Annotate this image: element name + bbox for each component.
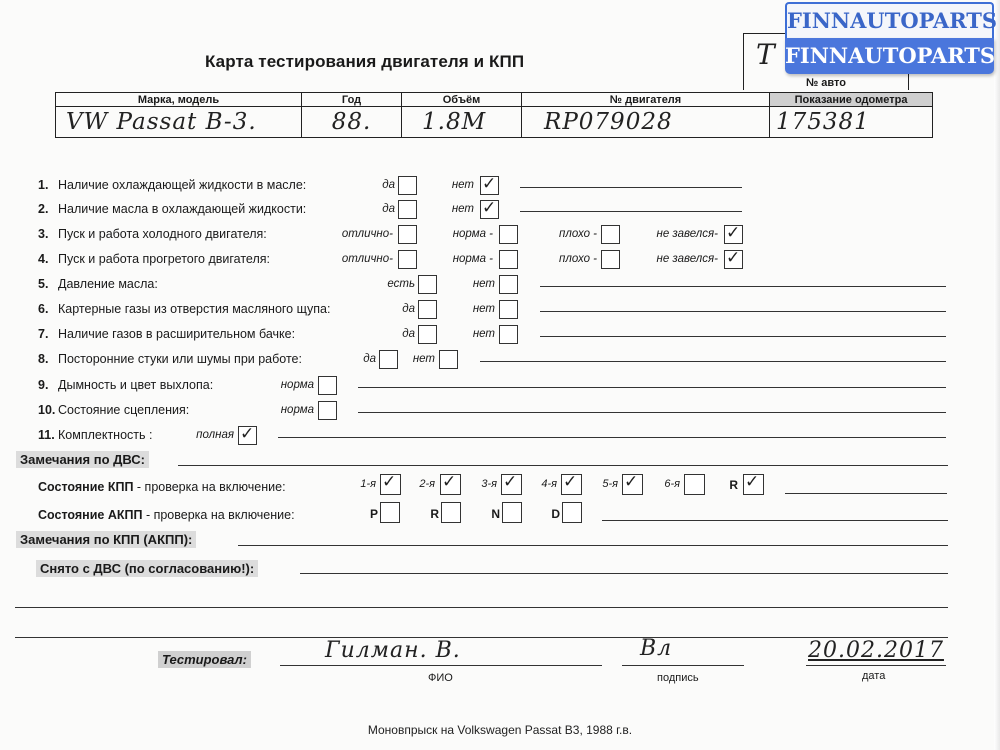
year-value[interactable]: 88. [302,107,402,138]
option-label: отлично- [342,253,393,265]
question-number: 7. [38,327,58,341]
col-odometer: Показание одометра [770,93,933,107]
question-label: Состояние сцепления: [58,403,189,417]
notes-line[interactable] [480,361,946,362]
option-checkbox[interactable] [418,300,437,319]
option-checkbox[interactable]: ✓ [480,200,499,219]
engine-number-value[interactable]: RP079028 [522,107,770,138]
tester-name-caption: ФИО [428,672,453,684]
tester-name-value[interactable]: Гилман. В. [325,638,461,663]
signature-line [622,665,744,666]
option-label: нет [473,328,495,340]
option-checkbox[interactable] [398,200,417,219]
question-label: Посторонние стуки или шумы при работе: [58,352,302,366]
check-mark-icon: ✓ [240,424,254,444]
question-text: 8.Посторонние стуки или шумы при работе: [38,352,302,366]
col-year: Год [302,93,402,107]
gearbox-remarks-line[interactable] [238,545,948,546]
question-label: Наличие газов в расширительном бачке: [58,327,295,341]
option-checkbox[interactable] [499,225,518,244]
check-mark-icon: ✓ [624,472,638,492]
gear-label: 6-я [664,478,680,490]
notes-line[interactable] [278,437,946,438]
test-date-value[interactable]: 20.02.2017 [808,638,944,663]
option-checkbox[interactable] [318,401,337,420]
question-text: 6.Картерные газы из отверстия масляного … [38,302,330,316]
tester-name-line [280,665,602,666]
notes-line[interactable] [540,311,946,312]
check-mark-icon: ✓ [745,472,759,492]
option-checkbox[interactable] [398,176,417,195]
gear-checkbox[interactable]: ✓ [380,474,401,495]
col-engine-number: № двигателя [522,93,770,107]
question-number: 2. [38,202,58,216]
option-checkbox[interactable] [601,225,620,244]
date-caption: дата [862,670,885,682]
gear-label: 5-я [602,478,618,490]
question-number: 9. [38,378,58,392]
form-title: Карта тестирования двигателя и КПП [205,52,524,72]
option-checkbox[interactable] [499,325,518,344]
auto-position-checkbox[interactable] [380,502,400,523]
manual-gearbox-label: Состояние КПП - проверка на включение: [38,480,286,494]
gear-checkbox[interactable]: ✓ [622,474,643,495]
option-checkbox[interactable]: ✓ [724,250,743,269]
question-label: Картерные газы из отверстия масляного щу… [58,302,330,316]
question-label: Дымность и цвет выхлопа: [58,378,213,392]
option-label: отлично- [342,228,393,240]
question-text: 10.Состояние сцепления: [38,403,189,417]
question-number: 6. [38,302,58,316]
option-checkbox[interactable] [418,275,437,294]
gear-label: 1-я [360,478,376,490]
col-make-model: Марка, модель [56,93,302,107]
option-checkbox[interactable] [318,376,337,395]
option-label: норма - [453,253,493,265]
option-label: плохо - [559,228,597,240]
check-mark-icon: ✓ [482,174,496,194]
option-label: да [382,203,395,215]
tested-by-label: Тестировал: [158,651,251,668]
question-number: 1. [38,178,58,192]
question-text: 1.Наличие охлаждающей жидкости в масле: [38,178,306,192]
check-mark-icon: ✓ [442,472,456,492]
option-label: полная [196,429,234,441]
auto-position-label: P [370,507,378,521]
removed-line-2[interactable] [15,607,948,608]
auto-position-checkbox[interactable] [441,502,461,523]
question-label: Наличие охлаждающей жидкости в масле: [58,178,306,192]
option-label: норма [281,379,314,391]
notes-line[interactable] [520,211,742,212]
option-label: нет [413,353,435,365]
auto-position-label: D [551,507,560,521]
finnautoparts-watermark: FINNAUTOPARTS FINNAUTOPARTS [785,0,995,73]
question-text: 4.Пуск и работа прогретого двигателя: [38,252,270,266]
option-label: не завелся- [656,228,718,240]
gear-label: 4-я [541,478,557,490]
option-label: нет [473,278,495,290]
gear-checkbox[interactable]: ✓ [561,474,582,495]
gear-checkbox[interactable] [684,474,705,495]
option-checkbox[interactable]: ✓ [724,225,743,244]
option-checkbox[interactable] [398,250,417,269]
option-label: норма - [453,228,493,240]
check-mark-icon: ✓ [503,472,517,492]
volume-value[interactable]: 1.8M [402,107,522,138]
question-text: 5.Давление масла: [38,277,158,291]
option-checkbox[interactable] [439,350,458,369]
notes-line[interactable] [358,412,946,413]
auto-gearbox-title: Состояние АКПП [38,508,142,522]
manual-gearbox-notes-line[interactable] [785,493,947,494]
option-label: норма [281,404,314,416]
tester-signature-value[interactable]: Вл [640,636,672,661]
option-label: не завелся- [656,253,718,265]
auto-position-checkbox[interactable] [562,502,582,523]
option-checkbox[interactable] [499,275,518,294]
col-volume: Объём [402,93,522,107]
option-checkbox[interactable]: ✓ [480,176,499,195]
auto-gearbox-label: Состояние АКПП - проверка на включение: [38,508,295,522]
gear-checkbox[interactable]: ✓ [501,474,522,495]
question-text: 7.Наличие газов в расширительном бачке: [38,327,295,341]
option-label: есть [387,278,415,290]
engine-remarks-line[interactable] [178,465,948,466]
option-checkbox[interactable]: ✓ [238,426,257,445]
gear-label: 3-я [481,478,497,490]
manual-gearbox-title: Состояние КПП [38,480,133,494]
notes-line[interactable] [540,286,946,287]
check-mark-icon: ✓ [482,198,496,218]
question-text: 9.Дымность и цвет выхлопа: [38,378,213,392]
engine-remarks-label: Замечания по ДВС: [16,451,149,468]
question-number: 3. [38,227,58,241]
option-label: нет [452,203,474,215]
auto-gearbox-desc: - проверка на включение: [142,508,294,522]
option-label: плохо - [559,253,597,265]
make-model-value[interactable]: VW Passat B-3. [56,107,302,138]
check-mark-icon: ✓ [382,472,396,492]
question-text: 2.Наличие масла в охлаждающей жидкости: [38,202,306,216]
option-label: нет [473,303,495,315]
manual-gearbox-desc: - проверка на включение: [133,480,285,494]
question-number: 8. [38,352,58,366]
option-checkbox[interactable] [379,350,398,369]
auto-number-value: Т [756,38,776,71]
question-label: Пуск и работа холодного двигателя: [58,227,267,241]
auto-position-label: R [430,507,439,521]
removed-line-1[interactable] [300,573,948,574]
question-number: 4. [38,252,58,266]
question-number: 5. [38,277,58,291]
option-label: нет [452,179,474,191]
question-number: 10. [38,403,58,417]
notes-line[interactable] [540,336,946,337]
question-text: 3.Пуск и работа холодного двигателя: [38,227,267,241]
option-checkbox[interactable] [398,225,417,244]
question-text: 11.Комплектность : [38,428,152,442]
image-caption: Моновпрыск на Volkswagen Passat B3, 1988… [0,723,1000,737]
gear-label: 2-я [419,478,435,490]
auto-position-checkbox[interactable] [502,502,522,523]
check-mark-icon: ✓ [563,472,577,492]
question-label: Наличие масла в охлаждающей жидкости: [58,202,306,216]
removed-label: Снято с ДВС (по согласованию!): [36,560,258,577]
auto-position-label: N [491,507,500,521]
watermark-line1: FINNAUTOPARTS [785,2,994,38]
question-label: Пуск и работа прогретого двигателя: [58,252,270,266]
gear-label: R [729,478,738,492]
auto-gearbox-notes-line[interactable] [602,520,948,521]
check-mark-icon: ✓ [726,223,740,243]
notes-line[interactable] [520,187,742,188]
option-label: да [363,353,376,365]
gear-checkbox[interactable]: ✓ [743,474,764,495]
option-checkbox[interactable] [418,325,437,344]
watermark-line2: FINNAUTOPARTS [785,38,994,74]
signature-caption: подпись [657,672,699,684]
notes-line[interactable] [358,387,946,388]
vehicle-info-table: Марка, модель Год Объём № двигателя Пока… [55,92,933,138]
option-label: да [382,179,395,191]
option-label: да [402,328,415,340]
question-label: Комплектность : [58,428,152,442]
question-label: Давление масла: [58,277,158,291]
odometer-value[interactable]: 175381 [770,107,933,138]
scan-edge [994,0,1000,750]
option-checkbox[interactable] [601,250,620,269]
auto-number-label: № авто [744,77,908,89]
question-number: 11. [38,428,58,442]
check-mark-icon: ✓ [726,248,740,268]
gearbox-remarks-label: Замечания по КПП (АКПП): [16,531,196,548]
gear-checkbox[interactable]: ✓ [440,474,461,495]
option-checkbox[interactable] [499,250,518,269]
option-label: да [402,303,415,315]
option-checkbox[interactable] [499,300,518,319]
date-line [806,665,946,666]
